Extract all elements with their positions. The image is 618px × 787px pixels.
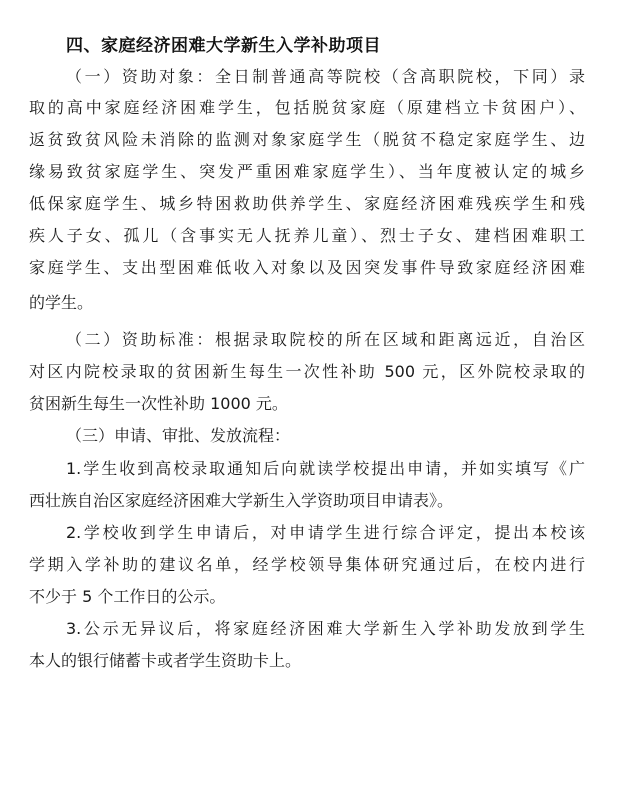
- paragraph-line: 学期入学补助的建议名单，经学校领导集体研究通过后，在校内进行: [29, 549, 585, 581]
- paragraph-line: 贫困新生每生一次性补助 1000 元。: [29, 388, 585, 420]
- section-title: 四、家庭经济困难大学新生入学补助项目: [66, 30, 381, 62]
- paragraph-line: 家庭学生、支出型困难低收入对象以及因突发事件导致家庭经济困难: [29, 252, 585, 284]
- paragraph-line: 不少于 5 个工作日的公示。: [29, 581, 585, 613]
- paragraph-line: 3.公示无异议后，将家庭经济困难大学新生入学补助发放到学生: [66, 613, 585, 645]
- paragraph-line: 的学生。: [29, 287, 585, 319]
- paragraph-line: 本人的银行储蓄卡或者学生资助卡上。: [29, 645, 585, 677]
- paragraph-line: 返贫致贫风险未消除的监测对象家庭学生（脱贫不稳定家庭学生、边: [29, 124, 585, 156]
- paragraph-line: 取的高中家庭经济困难学生，包括脱贫家庭（原建档立卡贫困户）、: [29, 92, 585, 124]
- paragraph-line: 1.学生收到高校录取通知后向就读学校提出申请，并如实填写《广: [66, 453, 585, 485]
- paragraph-line: （三）申请、审批、发放流程：: [66, 420, 585, 452]
- paragraph-line: 对区内院校录取的贫困新生每生一次性补助 500 元，区外院校录取的: [29, 356, 585, 388]
- paragraph-line: （一）资助对象：全日制普通高等院校（含高职院校，下同）录: [66, 61, 585, 93]
- paragraph-line: 低保家庭学生、城乡特困救助供养学生、家庭经济困难残疾学生和残: [29, 188, 585, 220]
- paragraph-line: 西壮族自治区家庭经济困难大学新生入学资助项目申请表》。: [29, 485, 585, 517]
- paragraph-line: 疾人子女、孤儿（含事实无人抚养儿童）、烈士子女、建档困难职工: [29, 220, 585, 252]
- paragraph-line: （二）资助标准：根据录取院校的所在区域和距离远近，自治区: [66, 324, 585, 356]
- paragraph-line: 2.学校收到学生申请后，对申请学生进行综合评定，提出本校该: [66, 517, 585, 549]
- paragraph-line: 缘易致贫家庭学生、突发严重困难家庭学生）、当年度被认定的城乡: [29, 156, 585, 188]
